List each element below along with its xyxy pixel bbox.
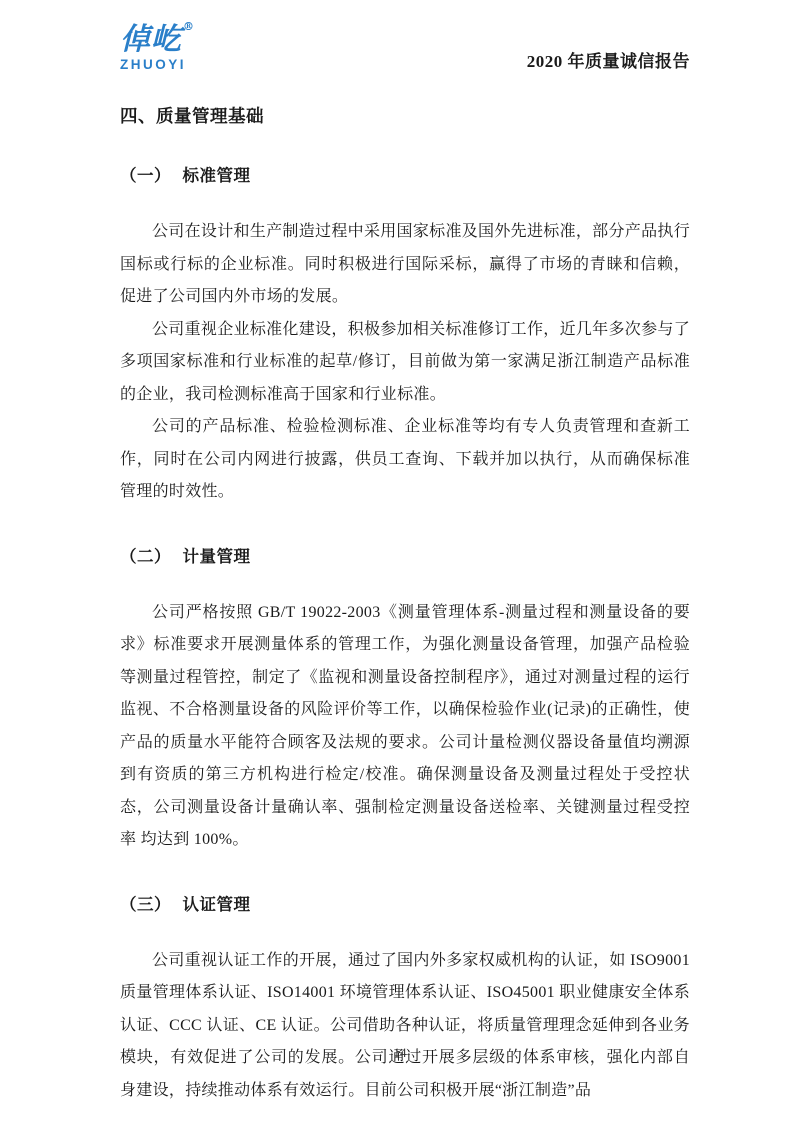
company-logo: 倬屹® ZHUOYI — [120, 25, 194, 72]
section-number: （二） — [120, 547, 171, 566]
page-number: 14 — [394, 1045, 407, 1060]
page-footer: 14 — [0, 1045, 800, 1061]
logo-text: 倬屹 — [120, 22, 182, 57]
section-number: （三） — [120, 895, 171, 914]
paragraph: 公司的产品标准、检验检测标准、企业标准等均有专人负责管理和查新工作，同时在公司内… — [120, 411, 690, 509]
report-title: 2020 年质量诚信报告 — [527, 47, 690, 72]
page-header: 倬屹® ZHUOYI 2020 年质量诚信报告 — [120, 25, 690, 85]
paragraph: 公司重视认证工作的开展，通过了国内外多家权威机构的认证，如 ISO9001 质量… — [120, 945, 690, 1108]
section-number: （一） — [120, 166, 171, 185]
section-heading-3: （三）认证管理 — [120, 891, 690, 915]
logo-chinese-text: 倬屹® — [120, 25, 194, 55]
section-heading-2: （二）计量管理 — [120, 543, 690, 567]
logo-latin-text: ZHUOYI — [120, 58, 194, 72]
section-heading-1: （一）标准管理 — [120, 162, 690, 186]
section-title: 认证管理 — [183, 895, 251, 914]
paragraph: 公司严格按照 GB/T 19022-2003《测量管理体系-测量过程和测量设备的… — [120, 597, 690, 857]
section-title: 标准管理 — [183, 166, 251, 185]
paragraph: 公司在设计和生产制造过程中采用国家标准及国外先进标准，部分产品执行国标或行标的企… — [120, 216, 690, 314]
chapter-title: 四、质量管理基础 — [120, 103, 690, 128]
document-page: 倬屹® ZHUOYI 2020 年质量诚信报告 四、质量管理基础 （一）标准管理… — [0, 0, 800, 1131]
registered-trademark-icon: ® — [183, 20, 195, 33]
paragraph: 公司重视企业标准化建设，积极参加相关标准修订工作，近几年多次参与了多项国家标准和… — [120, 314, 690, 412]
section-title: 计量管理 — [183, 547, 251, 566]
document-body: 四、质量管理基础 （一）标准管理 公司在设计和生产制造过程中采用国家标准及国外先… — [120, 103, 690, 1107]
